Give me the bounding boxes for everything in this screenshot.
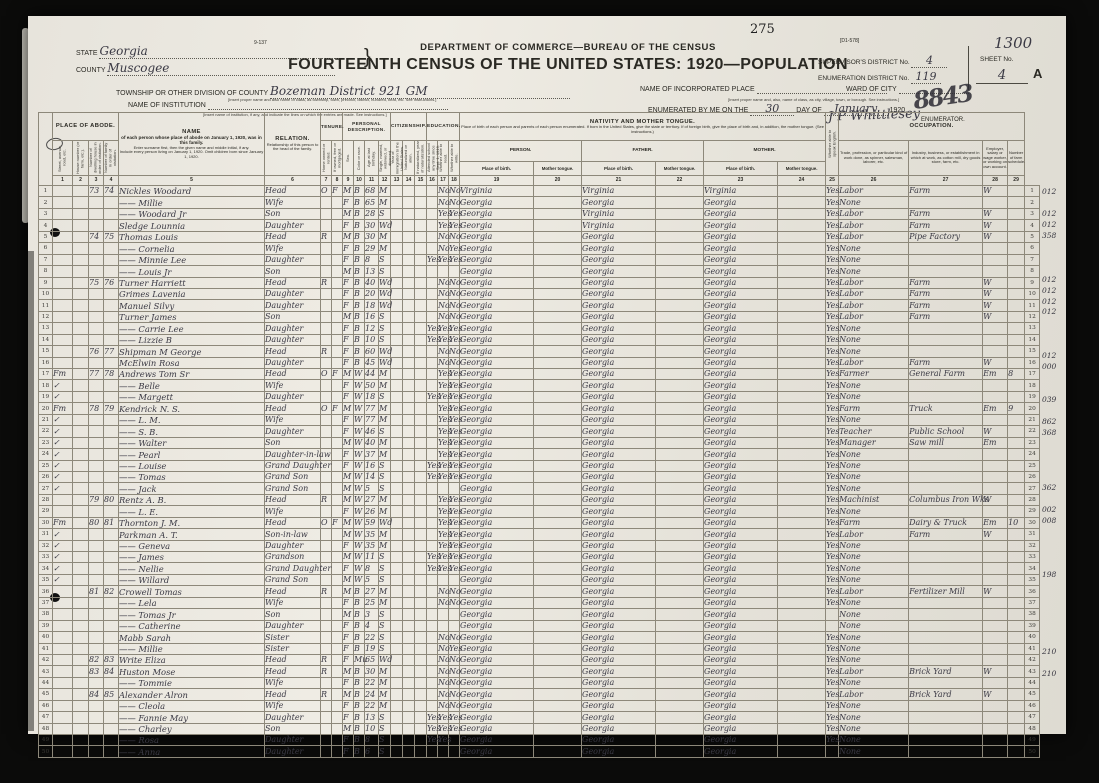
- col-industry: [909, 380, 983, 391]
- col-family-number: [104, 712, 119, 723]
- col-industry: [909, 323, 983, 334]
- col-father-birthplace: Virginia: [582, 220, 656, 231]
- col-employer-class: [983, 334, 1008, 345]
- col-able-write: [449, 483, 460, 494]
- col-industry: [909, 609, 983, 620]
- col-mother-mother-tongue: [778, 208, 826, 219]
- col-able-write: Yes: [449, 529, 460, 540]
- col-age: 10: [365, 723, 379, 734]
- col-dwelling-number: [89, 700, 104, 711]
- col-mother-mother-tongue: [778, 471, 826, 482]
- row-number-left: 14: [39, 334, 53, 345]
- table-row: 35✓—— WillardGrand SonMW5SGeorgiaGeorgia…: [39, 574, 1040, 585]
- col-able-read: No: [438, 277, 449, 288]
- col-home-owned-rented: [321, 540, 332, 551]
- col-name: —— Rosa: [119, 735, 265, 746]
- col-occupation: None: [839, 471, 909, 482]
- col-name: —— Tomas Jr: [119, 609, 265, 620]
- col-home-owned-rented: [321, 597, 332, 608]
- col-father-birthplace: Georgia: [582, 632, 656, 643]
- col-farm-schedule: [1008, 277, 1025, 288]
- col-father-birthplace: Georgia: [582, 586, 656, 597]
- row-number-right: 1: [1025, 186, 1040, 197]
- col-dwelling-number: [89, 506, 104, 517]
- col-year-naturalization: [415, 746, 427, 757]
- col-home-owned-rented: [321, 300, 332, 311]
- row-number-left: 24: [39, 449, 53, 460]
- col-owned-free-mortgaged: [332, 414, 343, 425]
- row-number-left: 23: [39, 437, 53, 448]
- col-person-birthplace: Georgia: [460, 677, 534, 688]
- col-person-mother-tongue: [534, 654, 582, 665]
- col-employer-class: [983, 654, 1008, 665]
- col-speak-english: Yes: [826, 346, 839, 357]
- col-relation: Sister: [265, 643, 321, 654]
- col-color-race: W: [354, 552, 365, 563]
- col-marital-status: Wd: [379, 346, 391, 357]
- col-occupation: None: [839, 620, 909, 631]
- col-house-number: [73, 460, 89, 471]
- row-number-left: 5: [39, 231, 53, 242]
- col-able-read: Yes: [438, 369, 449, 380]
- col-mother-birthplace: Georgia: [704, 300, 778, 311]
- col-house-number: [73, 197, 89, 208]
- col-father-mother-tongue: [656, 208, 704, 219]
- col-able-write: [449, 609, 460, 620]
- col-relation: Daughter: [265, 220, 321, 231]
- col-sex: F: [343, 506, 354, 517]
- row-number-right: 22: [1025, 426, 1040, 437]
- col-house-number: [73, 506, 89, 517]
- col-mother-birthplace: Georgia: [704, 494, 778, 505]
- col-speak-english: Yes: [826, 323, 839, 334]
- col-able-read: No: [438, 288, 449, 299]
- col-house-number: [73, 403, 89, 414]
- col-sex: F: [343, 346, 354, 357]
- col-employer-class: W: [983, 208, 1008, 219]
- col-relation: Daughter-in-law: [265, 449, 321, 460]
- col-mother-birthplace: Georgia: [704, 689, 778, 700]
- col-farm-schedule: [1008, 632, 1025, 643]
- col-mother-birthplace: Georgia: [704, 563, 778, 574]
- col-family-number: 83: [104, 654, 119, 665]
- col-speak-english: Yes: [826, 254, 839, 265]
- col-home-owned-rented: R: [321, 277, 332, 288]
- mother-pob-header: Place of birth.: [704, 162, 778, 176]
- group-occupation: OCCUPATION.: [839, 113, 1025, 141]
- column-number: 12: [379, 176, 391, 186]
- row-number-right: 12: [1025, 311, 1040, 322]
- col-able-write: Yes: [449, 414, 460, 425]
- col-farm-schedule: 10: [1008, 517, 1025, 528]
- row-number-left: 9: [39, 277, 53, 288]
- col-name: —— Pearl: [119, 449, 265, 460]
- col-name: Nickles Woodard: [119, 186, 265, 197]
- col-person-birthplace: Georgia: [460, 597, 534, 608]
- col-person-mother-tongue: [534, 254, 582, 265]
- col-industry: General Farm: [909, 369, 983, 380]
- col-dwelling-number: 74: [89, 231, 104, 242]
- col-age: 30: [365, 220, 379, 231]
- col-name: —— Nellie: [119, 563, 265, 574]
- col-name: Andrews Tom Sr: [119, 369, 265, 380]
- subgroup-father: FATHER.: [582, 141, 704, 162]
- col-employer-class: W: [983, 586, 1008, 597]
- col-attended-school: Yes: [427, 471, 438, 482]
- col-naturalized: [403, 735, 415, 746]
- row-number-left: 42: [39, 654, 53, 665]
- col-relation: Grand Son: [265, 471, 321, 482]
- col-person-birthplace: Georgia: [460, 197, 534, 208]
- col-relation: Head: [265, 369, 321, 380]
- col-relation: Daughter: [265, 735, 321, 746]
- column-number: 29: [1008, 176, 1025, 186]
- col-speak-english: Yes: [826, 574, 839, 585]
- col-father-mother-tongue: [656, 243, 704, 254]
- col-marital-status: S: [379, 391, 391, 402]
- col-person-mother-tongue: [534, 609, 582, 620]
- col-home-owned-rented: R: [321, 586, 332, 597]
- margin-code: 012: [1042, 220, 1056, 229]
- column-number: 5: [119, 176, 265, 186]
- row-number-right: 44: [1025, 677, 1040, 688]
- col-able-write: Yes: [449, 712, 460, 723]
- col-industry: Truck: [909, 403, 983, 414]
- col-mother-birthplace: Georgia: [704, 632, 778, 643]
- column-number: 19: [460, 176, 534, 186]
- col-mother-mother-tongue: [778, 563, 826, 574]
- col-able-read: Yes: [438, 403, 449, 414]
- col-speak-english: Yes: [826, 529, 839, 540]
- col-able-read: Yes: [438, 552, 449, 563]
- col-house-number: [73, 700, 89, 711]
- col-father-birthplace: Georgia: [582, 540, 656, 551]
- col-relation: Daughter: [265, 391, 321, 402]
- col-father-mother-tongue: [656, 471, 704, 482]
- col-family-number: [104, 643, 119, 654]
- col-father-birthplace: Georgia: [582, 483, 656, 494]
- col-year-naturalization: [415, 460, 427, 471]
- col-speak-english: Yes: [826, 597, 839, 608]
- col-marital-status: S: [379, 460, 391, 471]
- col-farm-schedule: [1008, 654, 1025, 665]
- col-employer-class: [983, 460, 1008, 471]
- col-able-read: No: [438, 311, 449, 322]
- table-row: 46—— CleolaWifeFB22MNoNoGeorgiaGeorgiaGe…: [39, 700, 1040, 711]
- col-attended-school: [427, 311, 438, 322]
- col-speak-english: Yes: [826, 449, 839, 460]
- col-relation: Wife: [265, 677, 321, 688]
- col-person-mother-tongue: [534, 746, 582, 757]
- col-year-immigration: [391, 586, 403, 597]
- col-year-immigration: [391, 471, 403, 482]
- col-dwelling-number: [89, 357, 104, 368]
- col-employer-class: [983, 346, 1008, 357]
- col-street-mark: [53, 666, 73, 677]
- col-family-number: [104, 426, 119, 437]
- col-person-birthplace: Georgia: [460, 357, 534, 368]
- col-house-number: [73, 483, 89, 494]
- col-able-write: No: [449, 700, 460, 711]
- col-family-number: [104, 723, 119, 734]
- row-number-right: 24: [1025, 449, 1040, 460]
- row-number-left: 41: [39, 643, 53, 654]
- col-dwelling-number: [89, 609, 104, 620]
- col-able-write: Yes: [449, 437, 460, 448]
- col-occupation: None: [839, 654, 909, 665]
- col-dwelling-number: [89, 334, 104, 345]
- col-mother-mother-tongue: [778, 700, 826, 711]
- margin-code: 210: [1042, 669, 1056, 678]
- col-home-owned-rented: R: [321, 654, 332, 665]
- col-sex: M: [343, 266, 354, 277]
- col-employer-class: [983, 632, 1008, 643]
- col-employer-class: W: [983, 311, 1008, 322]
- col-street-mark: ✓: [53, 574, 73, 585]
- col-father-mother-tongue: [656, 597, 704, 608]
- col-farm-schedule: [1008, 243, 1025, 254]
- group-place-of-abode: PLACE OF ABODE.: [53, 113, 119, 141]
- col-family-number: [104, 334, 119, 345]
- col-occupation: None: [839, 346, 909, 357]
- col-name: —— Tommie: [119, 677, 265, 688]
- table-row: 8—— Louis JrSonMB13SGeorgiaGeorgiaGeorgi…: [39, 266, 1040, 277]
- col-dwelling-number: [89, 460, 104, 471]
- col-year-naturalization: [415, 574, 427, 585]
- col-relation: Daughter: [265, 426, 321, 437]
- col-color-race: B: [354, 677, 365, 688]
- col-occupation: None: [839, 597, 909, 608]
- row-number-left: 20: [39, 403, 53, 414]
- col-street-mark: [53, 288, 73, 299]
- col-relation: Son: [265, 609, 321, 620]
- col-mother-birthplace: Georgia: [704, 220, 778, 231]
- col-mother-birthplace: Georgia: [704, 666, 778, 677]
- col-farm-schedule: [1008, 746, 1025, 757]
- col-industry: Fertilizer Mill: [909, 586, 983, 597]
- col-marital-status: M: [379, 186, 391, 197]
- col-home-owned-rented: [321, 334, 332, 345]
- col-marital-status: S: [379, 483, 391, 494]
- col-house-number: [73, 346, 89, 357]
- row-number-left: 28: [39, 494, 53, 505]
- col-able-write: Yes: [449, 334, 460, 345]
- col-father-mother-tongue: [656, 609, 704, 620]
- col-dwelling-number: 76: [89, 346, 104, 357]
- col-naturalized: [403, 574, 415, 585]
- col-home-owned-rented: O: [321, 403, 332, 414]
- col-farm-schedule: [1008, 334, 1025, 345]
- col-street-mark: Fm: [53, 517, 73, 528]
- col-father-birthplace: Georgia: [582, 506, 656, 517]
- col-color-race: B: [354, 266, 365, 277]
- margin-code: 012: [1042, 307, 1056, 316]
- col-father-birthplace: Georgia: [582, 369, 656, 380]
- col-mother-birthplace: Georgia: [704, 449, 778, 460]
- col-mother-birthplace: Virginia: [704, 186, 778, 197]
- col-naturalized: [403, 208, 415, 219]
- col-industry-header: Industry, business, or establishment in …: [909, 141, 983, 176]
- col-relation: Daughter: [265, 357, 321, 368]
- col-father-mother-tongue: [656, 654, 704, 665]
- col-person-birthplace: Georgia: [460, 208, 534, 219]
- col-mother-mother-tongue: [778, 437, 826, 448]
- margin-code: 012: [1042, 209, 1056, 218]
- col-sex: F: [343, 357, 354, 368]
- col-occupation: Labor: [839, 186, 909, 197]
- col-industry: Farm: [909, 220, 983, 231]
- col-relation: Head: [265, 654, 321, 665]
- col-occupation: None: [839, 391, 909, 402]
- col-family-number: [104, 300, 119, 311]
- col-dwelling-number: 77: [89, 369, 104, 380]
- col-street-mark: [53, 735, 73, 746]
- col-attended-school: Yes: [427, 460, 438, 471]
- col-employer-class: W: [983, 426, 1008, 437]
- col-occupation: Labor: [839, 277, 909, 288]
- col-street-mark: ✓: [53, 552, 73, 563]
- col-home-owned-rented: [321, 483, 332, 494]
- col-father-mother-tongue: [656, 197, 704, 208]
- col-able-read: Yes: [438, 208, 449, 219]
- col-house-number: [73, 186, 89, 197]
- col-relation: Head: [265, 494, 321, 505]
- col-year-naturalization: [415, 197, 427, 208]
- col-able-read: Yes: [438, 712, 449, 723]
- row-number-header-left: [39, 113, 53, 186]
- col-employer-class: [983, 540, 1008, 551]
- col-father-mother-tongue: [656, 403, 704, 414]
- col-color-race: B: [354, 700, 365, 711]
- col-sex: M: [343, 586, 354, 597]
- col-able-write: Yes: [449, 494, 460, 505]
- col-able-read: Yes: [438, 437, 449, 448]
- col-occupation: Farmer: [839, 369, 909, 380]
- col-father-mother-tongue: [656, 323, 704, 334]
- col-naturalized: [403, 357, 415, 368]
- col-name: Crowell Tomas: [119, 586, 265, 597]
- col-naturalized: [403, 563, 415, 574]
- col-person-mother-tongue: [534, 574, 582, 585]
- col-occupation: None: [839, 632, 909, 643]
- col-name: —— Lela: [119, 597, 265, 608]
- col-family-number: [104, 220, 119, 231]
- col-occupation: None: [839, 574, 909, 585]
- col-speak-english: Yes: [826, 369, 839, 380]
- col-farm-schedule: [1008, 563, 1025, 574]
- col-sex: F: [343, 243, 354, 254]
- col-person-birthplace: Georgia: [460, 483, 534, 494]
- col-industry: Public School: [909, 426, 983, 437]
- col-marital-status: Wd: [379, 517, 391, 528]
- col-relation: Head: [265, 517, 321, 528]
- col-person-mother-tongue: [534, 643, 582, 654]
- table-row: 2—— MillieWifeFB65MNoNoGeorgiaGeorgiaGeo…: [39, 197, 1040, 208]
- col-sex: F: [343, 220, 354, 231]
- col-farm-schedule: [1008, 437, 1025, 448]
- col-age: 50: [365, 380, 379, 391]
- col-owned-free-mortgaged: [332, 597, 343, 608]
- col-industry: [909, 677, 983, 688]
- column-number: 7: [321, 176, 332, 186]
- col-mother-mother-tongue: [778, 643, 826, 654]
- col-name: Write Eliza: [119, 654, 265, 665]
- col-marital-status: M: [379, 449, 391, 460]
- col-year-naturalization: [415, 677, 427, 688]
- col-free-mortgaged-header: If owned, free or mortgaged.: [332, 141, 343, 176]
- row-number-left: 50: [39, 746, 53, 757]
- col-name: —— Fannie May: [119, 712, 265, 723]
- col-owned-free-mortgaged: F: [332, 186, 343, 197]
- col-street-mark: ✓: [53, 471, 73, 482]
- col-dwelling-number: [89, 712, 104, 723]
- col-age: 22: [365, 677, 379, 688]
- col-age: 44: [365, 369, 379, 380]
- col-attended-school: [427, 529, 438, 540]
- col-speak-english: Yes: [826, 266, 839, 277]
- margin-code: 862: [1042, 417, 1056, 426]
- col-employer-class: W: [983, 288, 1008, 299]
- row-number-left: 40: [39, 632, 53, 643]
- col-person-birthplace: Georgia: [460, 414, 534, 425]
- col-color-race: B: [354, 254, 365, 265]
- col-naturalized: [403, 186, 415, 197]
- col-able-write: Yes: [449, 391, 460, 402]
- col-father-birthplace: Georgia: [582, 597, 656, 608]
- sheet-label: SHEET No.: [980, 56, 1013, 63]
- col-marital-status: Wd: [379, 277, 391, 288]
- col-farm-schedule: [1008, 346, 1025, 357]
- col-employer-class: W: [983, 494, 1008, 505]
- col-street-mark: ✓: [53, 483, 73, 494]
- col-age: 65: [365, 197, 379, 208]
- col-occupation: None: [839, 540, 909, 551]
- column-number: 8: [332, 176, 343, 186]
- row-number-left: 2: [39, 197, 53, 208]
- col-person-birthplace: Georgia: [460, 254, 534, 265]
- col-speak-english: Yes: [826, 552, 839, 563]
- col-age: 68: [365, 186, 379, 197]
- row-number-right: 33: [1025, 552, 1040, 563]
- col-house-number: [73, 380, 89, 391]
- table-row: 44—— TommieWifeFB22MNoNoGeorgiaGeorgiaGe…: [39, 677, 1040, 688]
- col-able-read: Yes: [438, 426, 449, 437]
- col-sex: F: [343, 540, 354, 551]
- col-relation: Son: [265, 437, 321, 448]
- col-person-birthplace: Georgia: [460, 449, 534, 460]
- col-mother-birthplace: Georgia: [704, 654, 778, 665]
- col-name: McElwin Rosa: [119, 357, 265, 368]
- column-number: 21: [582, 176, 656, 186]
- col-relation: Wife: [265, 243, 321, 254]
- col-year-immigration: [391, 712, 403, 723]
- col-naturalized: [403, 552, 415, 563]
- col-age: 65: [365, 654, 379, 665]
- col-person-birthplace: Georgia: [460, 426, 534, 437]
- col-sex: F: [343, 632, 354, 643]
- col-street-mark: [53, 506, 73, 517]
- col-person-mother-tongue: [534, 494, 582, 505]
- col-age: 46: [365, 426, 379, 437]
- col-street-mark: [53, 689, 73, 700]
- col-color-race: B: [354, 609, 365, 620]
- col-naturalized: [403, 609, 415, 620]
- col-mother-mother-tongue: [778, 197, 826, 208]
- col-marital-status: S: [379, 712, 391, 723]
- col-year-naturalization: [415, 426, 427, 437]
- col-farm-schedule: [1008, 689, 1025, 700]
- col-industry: [909, 620, 983, 631]
